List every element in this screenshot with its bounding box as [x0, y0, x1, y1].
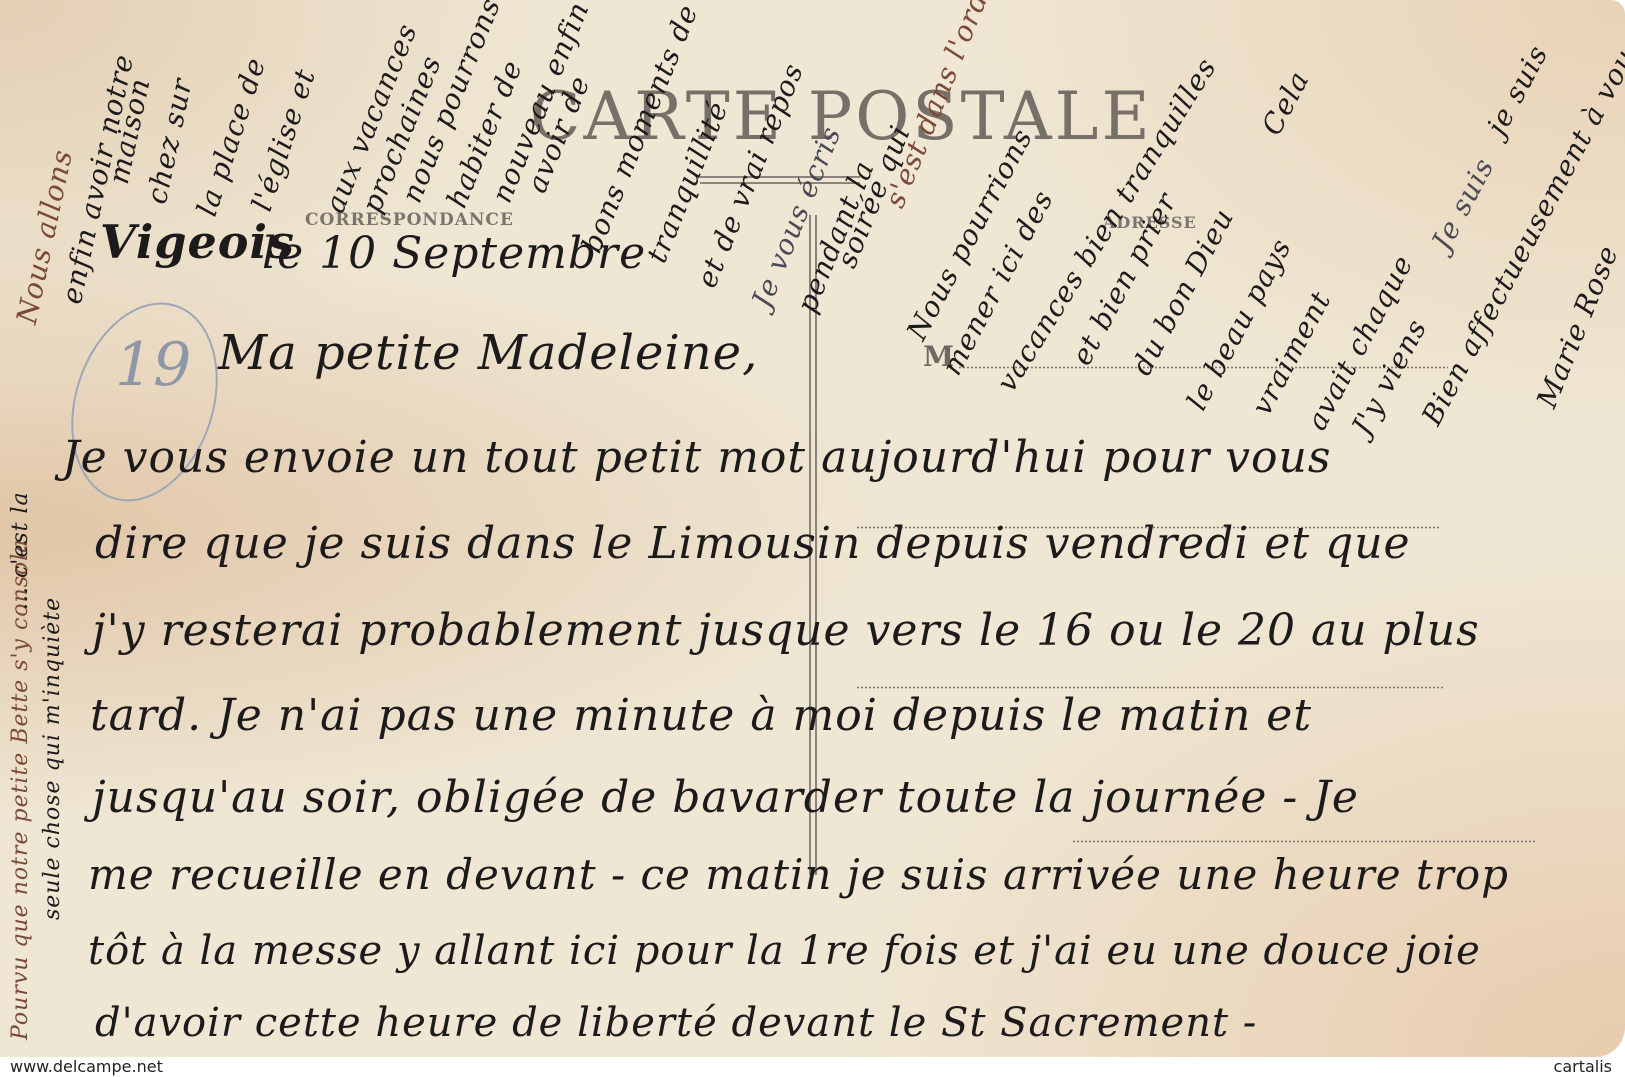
watermark-delcampe: www.delcampe.net [10, 1057, 163, 1076]
postcard-back: CARTE POSTALE CORRESPONDANCE ADRESSE M 1… [0, 0, 1625, 1057]
correspondence-label: CORRESPONDANCE [305, 210, 514, 230]
margin-note-edge-3: seule chose qui m'inquiète [40, 597, 65, 920]
body-line-8: d'avoir cette heure de liberté devant le… [95, 1000, 1257, 1046]
address-line-3 [856, 686, 1444, 689]
body-line-4: tard. Je n'ai pas une minute à moi depui… [90, 690, 1312, 741]
right-note-11: Je suis [1425, 152, 1501, 255]
margin-note-edge-2: ... c'est la [8, 491, 33, 610]
title-rule-bottom [700, 182, 860, 184]
archive-number: 19 [115, 330, 191, 400]
body-line-1: Je vous envoie un tout petit mot aujourd… [62, 432, 1331, 483]
body-line-5: jusqu'au soir, obligée de bavarder toute… [92, 772, 1359, 823]
title-rule-top [700, 176, 860, 178]
body-line-6: me recueille en devant - ce matin je sui… [88, 850, 1509, 899]
right-note-6: Cela [1255, 65, 1316, 140]
right-note-14: Marie Rose [1530, 240, 1625, 412]
archive-circle [47, 284, 242, 521]
body-line-3: j'y resterai probablement jusque vers le… [92, 605, 1480, 656]
greeting: Ma petite Madeleine, [218, 325, 758, 381]
right-note-13: je suis [1480, 39, 1555, 140]
body-line-7: tôt à la messe y allant ici pour la 1re … [88, 928, 1481, 974]
margin-note-edge-1: Pourvu que notre petite Bette s'y consol… [8, 539, 33, 1040]
watermark-cartalis: cartalis [1554, 1057, 1612, 1076]
address-line-4 [1072, 840, 1537, 843]
body-line-2: dire que je suis dans le Limousin depuis… [95, 518, 1411, 569]
watermark-bar: www.delcampe.net cartalis [0, 1057, 1625, 1077]
